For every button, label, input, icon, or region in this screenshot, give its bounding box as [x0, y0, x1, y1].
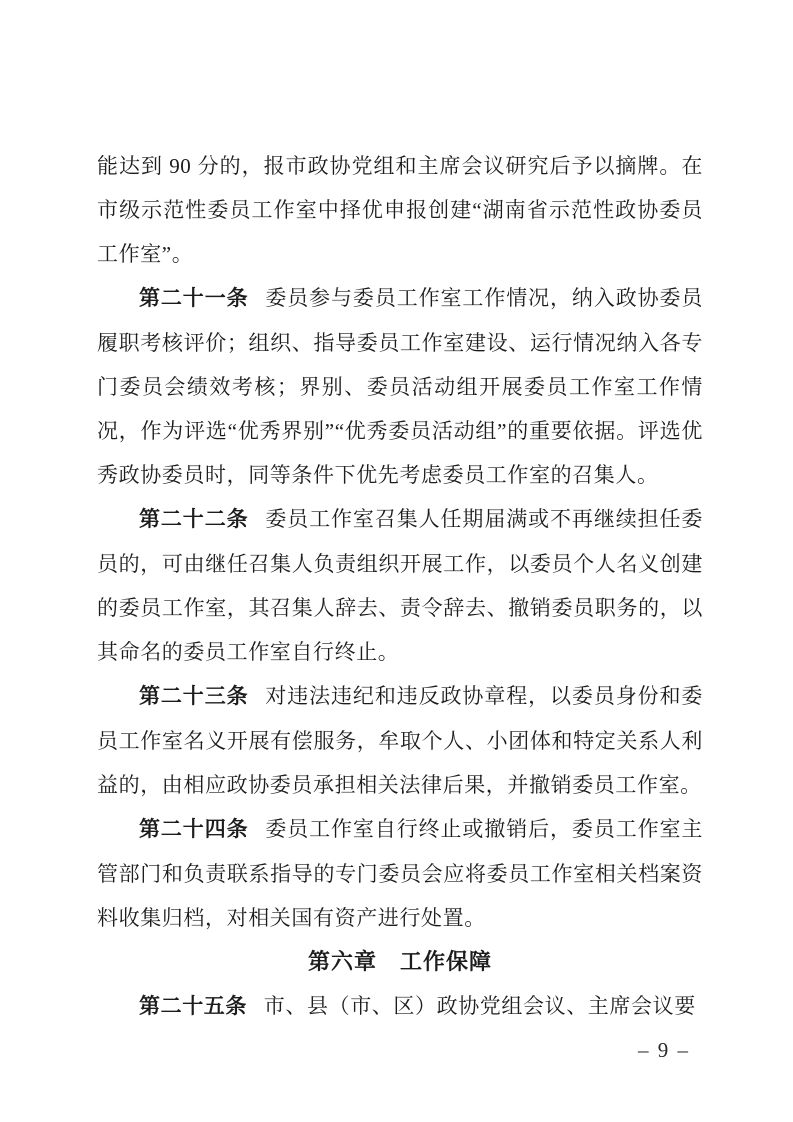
- paragraph-text: 市、县（市、区）政协党组会议、主席会议要: [264, 994, 696, 1018]
- body-paragraph: 第二十一条委员参与委员工作室工作情况，纳入政协委员履职考核评价；组织、指导委员工…: [97, 276, 703, 497]
- article-number: 第二十三条: [139, 685, 249, 708]
- document-page: 能达到 90 分的，报市政协党组和主席会议研究后予以摘牌。在市级示范性委员工作室…: [0, 0, 793, 1122]
- article-number: 第二十五条: [139, 995, 247, 1018]
- body-paragraph: 第二十二条委员工作室召集人任期届满或不再继续担任委员的，可由继任召集人负责组织开…: [97, 497, 703, 674]
- body-paragraph: 第二十四条委员工作室自行终止或撤销后，委员工作室主管部门和负责联系指导的专门委员…: [97, 807, 703, 940]
- article-number: 第二十二条: [139, 508, 249, 531]
- body-paragraph: 能达到 90 分的，报市政协党组和主席会议研究后予以摘牌。在市级示范性委员工作室…: [97, 144, 703, 276]
- document-body: 能达到 90 分的，报市政协党组和主席会议研究后予以摘牌。在市级示范性委员工作室…: [97, 144, 703, 1029]
- page-number: – 9 –: [638, 1038, 690, 1062]
- article-number: 第二十一条: [139, 287, 249, 310]
- chapter-heading: 第六章 工作保障: [97, 940, 703, 984]
- article-number: 第二十四条: [139, 818, 249, 841]
- body-paragraph: 第二十五条市、县（市、区）政协党组会议、主席会议要: [97, 984, 703, 1029]
- paragraph-text: 委员参与委员工作室工作情况，纳入政协委员履职考核评价；组织、指导委员工作室建设、…: [97, 286, 703, 487]
- paragraph-text: 能达到 90 分的，报市政协党组和主席会议研究后予以摘牌。在市级示范性委员工作室…: [97, 154, 703, 266]
- body-paragraph: 第二十三条对违法违纪和违反政协章程，以委员身份和委员工作室名义开展有偿服务，牟取…: [97, 674, 703, 807]
